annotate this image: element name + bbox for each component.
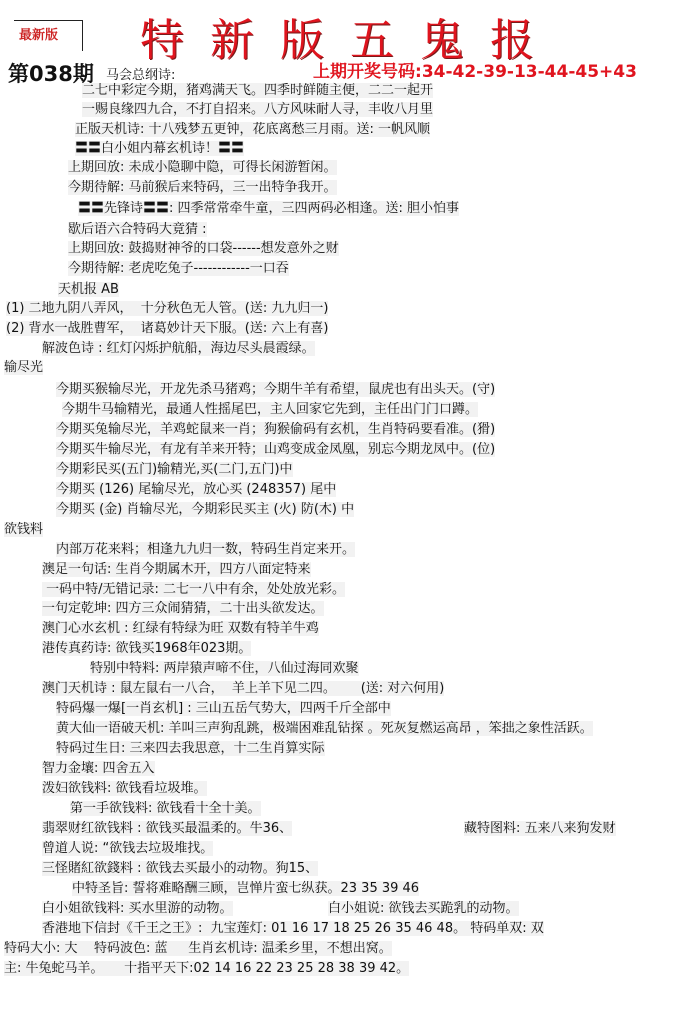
text-line-content: 第一手欲钱料: 欲钱看十全十美。: [70, 801, 261, 816]
text-line: 澳门天机诗 : 鼠左鼠右一八合， 羊上羊下见二四。 (送: 对六何用): [42, 680, 444, 698]
text-line-content: 藏特图料: 五来八来狗发财: [464, 821, 616, 836]
edition-badge: 最新版: [19, 24, 58, 43]
text-line: 香港地下信封《千王之王》: 九宝莲灯: 01 16 17 18 25 26 35…: [42, 920, 544, 938]
text-line: 澳足一句话: 生肖今期属木开，四方八面定特来: [42, 561, 311, 579]
text-line-content: 今期买 (126) 尾输尽光，放心买 (248357) 尾中: [56, 482, 336, 497]
text-line-content: 输尽光: [4, 360, 43, 375]
text-line-content: 今期买兔输尽光，羊鸡蛇鼠来一肖；狗猴偷码有玄机，生肖特码要看准。(猾): [56, 422, 495, 437]
text-line-content: 欲钱料: [4, 522, 43, 537]
text-line: 特码大小: 大 特码波色: 蓝 生肖玄机诗: 温柔乡里，不想出窝。: [4, 940, 392, 958]
text-line-content: 特码爆一爆[一肖玄机] : 三山五岳气势大，四两千斤全部中: [56, 701, 391, 716]
text-line: (1) 二地九阴八弄风， 十分秋色无人管。(送: 九九归一): [6, 300, 328, 318]
text-line: 解波色诗 : 红灯闪烁护航船，海边尽头晨霞绿。: [42, 340, 315, 358]
text-line-content: 内部万花来料；相逢九九归一数，特码生肖定来开。: [56, 542, 355, 557]
text-line: 特别中特料: 两岸猿声啼不住，八仙过海同欢聚: [90, 660, 359, 678]
text-line-content: 正版天机诗: 十八残梦五更钟，花底离愁三月雨。送: 一帆风顺: [75, 122, 430, 137]
text-line: 今期牛马输精光，最通人性摇尾巴，主人回家它先到，主任出门门口蹲。: [62, 401, 478, 419]
text-line: 曾道人说: “欲钱去垃圾堆找。: [42, 840, 213, 858]
text-line-content: 歇后语六合特码大竟猜 :: [68, 222, 207, 237]
text-line: 三怪賭紅欲錢料 : 欲钱去买最小的动物。狗15、: [42, 860, 318, 878]
text-line: 一码中特/无错记录: 二七一八中有余，处处放光彩。: [42, 581, 345, 599]
text-line-content: 〓〓先锋诗〓〓: 四季常常牵牛童，三四两码必相逢。送: 胆小怕事: [78, 201, 459, 216]
text-line: 〓〓白小姐内幕玄机诗！〓〓: [75, 140, 244, 158]
text-line-content: 今期买 (金) 肖输尽光，今期彩民买主 (火) 防(木) 中: [56, 502, 354, 517]
last-draw-result: 上期开奖号码:34-42-39-13-44-45+43: [313, 57, 637, 82]
text-line-content: 一赐良缘四九合，不打自招来。八方风味耐人寻，丰收八月里: [82, 102, 433, 117]
text-line: 天机报 AB: [58, 281, 119, 299]
text-line: 港传真药诗: 欲钱买1968年023期。: [42, 640, 251, 658]
text-line: 正版天机诗: 十八残梦五更钟，花底离愁三月雨。送: 一帆风顺: [75, 121, 430, 139]
text-line: 上期回放: 未成小隐聊中隐，可得长闲游暂闲。: [68, 159, 337, 177]
text-line: 上期回放: 鼓捣财神爷的口袋------想发意外之财: [68, 240, 339, 258]
text-line: 中特圣旨: 誓将难略酬三顾，岂惮片蛮七纵获。23 35 39 46: [72, 880, 419, 898]
text-line-content: 泼妇欲钱料: 欲钱看垃圾堆。: [42, 781, 207, 796]
text-line: 白小姐说: 欲钱去买跪乳的动物。: [328, 900, 519, 918]
text-line-content: 主: 牛兔蛇马羊。 十指平天下:02 14 16 22 23 25 28 38 …: [4, 961, 409, 976]
text-line-content: 智力金壤: 四舍五入: [42, 761, 155, 776]
mh-poem-label: 马会总纲诗:: [106, 64, 175, 83]
issue-number: 第038期: [8, 58, 94, 88]
text-line-content: 今期待解: 老虎吃兔子------------一口吞: [68, 261, 289, 276]
text-line-content: 澳门天机诗 : 鼠左鼠右一八合， 羊上羊下见二四。 (送: 对六何用): [42, 681, 444, 696]
text-line: 今期待解: 老虎吃兔子------------一口吞: [68, 260, 289, 278]
text-line-content: (1) 二地九阴八弄风， 十分秋色无人管。(送: 九九归一): [6, 301, 328, 316]
text-line-content: 特码大小: 大 特码波色: 蓝 生肖玄机诗: 温柔乡里，不想出窝。: [4, 941, 392, 956]
text-line-content: 白小姐欲钱料: 买水里游的动物。: [42, 901, 233, 916]
text-line-content: 一句定乾坤: 四方三众闹猜猜，二十出头欲发达。: [42, 601, 324, 616]
last-draw-label: 上期开奖号码:: [313, 62, 422, 82]
text-line-content: 三怪賭紅欲錢料 : 欲钱去买最小的动物。狗15、: [42, 861, 318, 876]
text-line: 白小姐欲钱料: 买水里游的动物。: [42, 900, 233, 918]
text-line: 藏特图料: 五来八来狗发财: [464, 820, 616, 838]
text-line: 今期买猴输尽光，开龙先杀马猪鸡；今期牛羊有希望，鼠虎也有出头天。(守): [56, 381, 495, 399]
text-line-content: 一码中特/无错记录: 二七一八中有余，处处放光彩。: [42, 582, 345, 597]
text-line-content: 〓〓白小姐内幕玄机诗！〓〓: [75, 141, 244, 156]
text-line: 特码爆一爆[一肖玄机] : 三山五岳气势大，四两千斤全部中: [56, 700, 391, 718]
text-line: 二七中彩定今期，猪鸡满天飞。四季时鲜随主便，二二一起开: [82, 82, 433, 100]
text-line-content: 香港地下信封《千王之王》: 九宝莲灯: 01 16 17 18 25 26 35…: [42, 921, 544, 936]
text-line-content: 曾道人说: “欲钱去垃圾堆找。: [42, 841, 213, 856]
last-draw-numbers: 34-42-39-13-44-45+43: [422, 62, 637, 82]
text-line-content: 澳门心水玄机 : 红绿有特绿为旺 双数有特羊牛鸡: [42, 621, 319, 636]
text-line-content: 特别中特料: 两岸猿声啼不住，八仙过海同欢聚: [90, 661, 359, 676]
text-line-content: 澳足一句话: 生肖今期属木开，四方八面定特来: [42, 562, 311, 577]
text-line: 今期买 (金) 肖输尽光，今期彩民买主 (火) 防(木) 中: [56, 501, 354, 519]
text-line-content: 今期买猴输尽光，开龙先杀马猪鸡；今期牛羊有希望，鼠虎也有出头天。(守): [56, 382, 495, 397]
text-line: 今期买牛输尽光，有龙有羊来开特；山鸡变成金凤凰，别忘今期龙凤中。(位): [56, 441, 495, 459]
text-line-content: 港传真药诗: 欲钱买1968年023期。: [42, 641, 251, 656]
text-line-content: 今期买牛输尽光，有龙有羊来开特；山鸡变成金凤凰，别忘今期龙凤中。(位): [56, 442, 495, 457]
text-line-content: 白小姐说: 欲钱去买跪乳的动物。: [328, 901, 519, 916]
text-line: 智力金壤: 四舍五入: [42, 760, 155, 778]
text-line: 今期彩民买(五门)输精光,买(二门,五门)中: [56, 461, 293, 479]
text-line-content: 上期回放: 鼓捣财神爷的口袋------想发意外之财: [68, 241, 339, 256]
text-line: 今期买兔输尽光，羊鸡蛇鼠来一肖；狗猴偷码有玄机，生肖特码要看准。(猾): [56, 421, 495, 439]
text-line-content: 翡翠财红欲钱料 : 欲钱买最温柔的。牛36、: [42, 821, 292, 836]
text-line: 内部万花来料；相逢九九归一数，特码生肖定来开。: [56, 541, 355, 559]
text-line-content: 今期彩民买(五门)输精光,买(二门,五门)中: [56, 462, 293, 477]
text-line: 特码过生日: 三来四去我思意，十二生肖算实际: [56, 740, 325, 758]
text-line: (2) 背水一战胜曹军， 诸葛妙计天下服。(送: 六上有喜): [6, 320, 328, 338]
text-line-content: 今期待解: 马前猴后来特码，三一出特争我开。: [68, 180, 337, 195]
text-line: 一赐良缘四九合，不打自招来。八方风味耐人寻，丰收八月里: [82, 101, 433, 119]
text-line: 输尽光: [4, 359, 43, 377]
text-line: 泼妇欲钱料: 欲钱看垃圾堆。: [42, 780, 207, 798]
text-line: 歇后语六合特码大竟猜 :: [68, 221, 207, 239]
text-line: 翡翠财红欲钱料 : 欲钱买最温柔的。牛36、: [42, 820, 292, 838]
text-line-content: 中特圣旨: 誓将难略酬三顾，岂惮片蛮七纵获。23 35 39 46: [72, 881, 419, 896]
text-line: 主: 牛兔蛇马羊。 十指平天下:02 14 16 22 23 25 28 38 …: [4, 960, 409, 978]
text-line-content: (2) 背水一战胜曹军， 诸葛妙计天下服。(送: 六上有喜): [6, 321, 328, 336]
text-line: 今期待解: 马前猴后来特码，三一出特争我开。: [68, 179, 337, 197]
text-line-content: 今期牛马输精光，最通人性摇尾巴，主人回家它先到，主任出门门口蹲。: [62, 402, 478, 417]
text-line: 今期买 (126) 尾输尽光，放心买 (248357) 尾中: [56, 481, 336, 499]
text-line: 黄大仙一语破天机: 羊叫三声狗乱跳，极端困难乱钻探 。死灰复燃运高昂 ，笨拙之象…: [56, 720, 593, 738]
text-line-content: 天机报 AB: [58, 282, 119, 297]
text-line-content: 黄大仙一语破天机: 羊叫三声狗乱跳，极端困难乱钻探 。死灰复燃运高昂 ，笨拙之象…: [56, 721, 593, 736]
text-line: 第一手欲钱料: 欲钱看十全十美。: [70, 800, 261, 818]
text-line-content: 上期回放: 未成小隐聊中隐，可得长闲游暂闲。: [68, 160, 337, 175]
text-line-content: 二七中彩定今期，猪鸡满天飞。四季时鲜随主便，二二一起开: [82, 83, 433, 98]
text-line: 欲钱料: [4, 521, 43, 539]
text-line-content: 特码过生日: 三来四去我思意，十二生肖算实际: [56, 741, 325, 756]
text-line-content: 解波色诗 : 红灯闪烁护航船，海边尽头晨霞绿。: [42, 341, 315, 356]
text-line: 澳门心水玄机 : 红绿有特绿为旺 双数有特羊牛鸡: [42, 620, 319, 638]
text-line: 〓〓先锋诗〓〓: 四季常常牵牛童，三四两码必相逢。送: 胆小怕事: [78, 200, 459, 218]
text-line: 一句定乾坤: 四方三众闹猜猜，二十出头欲发达。: [42, 600, 324, 618]
